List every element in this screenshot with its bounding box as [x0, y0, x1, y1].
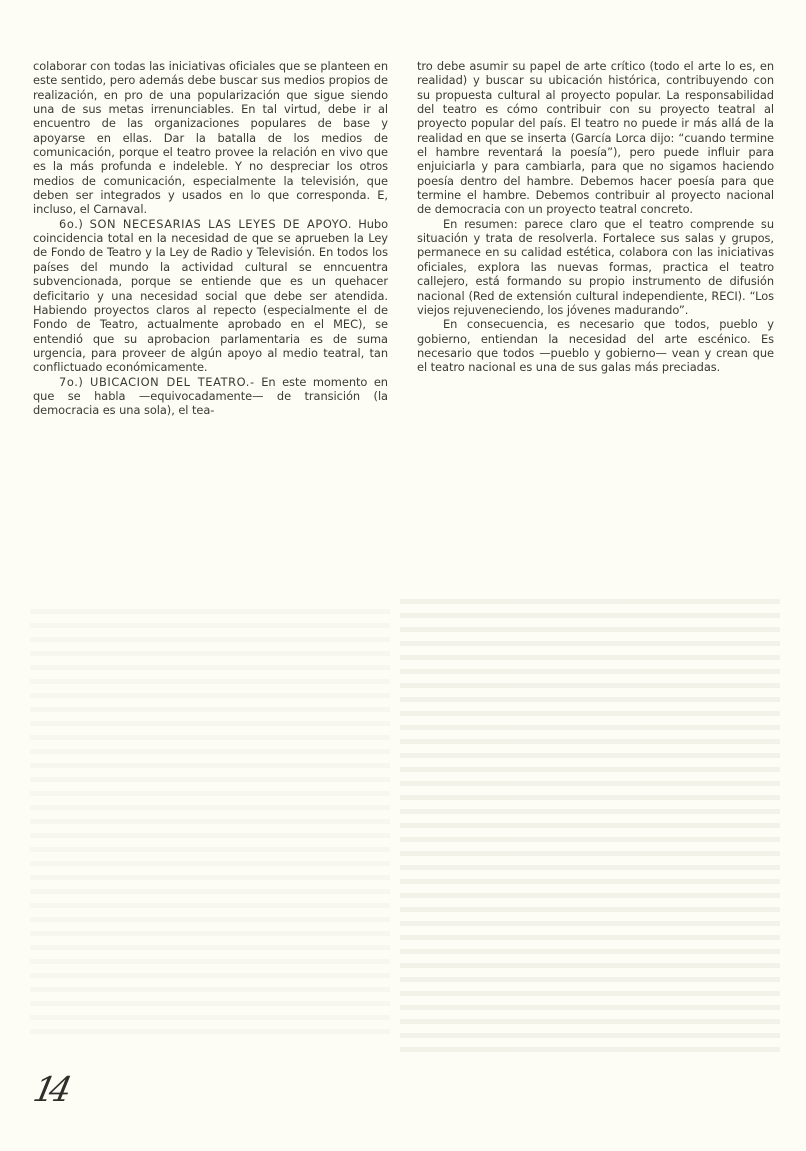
section-7: 7o.) UBICACION DEL TEATRO.- En este mome… — [33, 375, 388, 418]
paragraph: colaborar con todas las iniciativas ofic… — [33, 59, 388, 217]
section-6: 6o.) SON NECESARIAS LAS LEYES DE APOYO. … — [33, 217, 388, 375]
show-through-text-right — [400, 590, 780, 1060]
show-through-text-left — [30, 600, 390, 1040]
section-number: 6o.) — [59, 217, 83, 231]
page-number: 14 — [30, 1070, 70, 1110]
paragraph: tro debe asumir su papel de arte crítico… — [417, 59, 774, 217]
section-heading: SON NECESARIAS LAS LEYES DE APOYO. — [90, 217, 352, 231]
section-heading: UBICACION DEL TEATRO.- — [90, 375, 255, 389]
paragraph: En resumen: parece claro que el teatro c… — [417, 217, 774, 317]
right-column: tro debe asumir su papel de arte crítico… — [417, 59, 774, 375]
section-number: 7o.) — [59, 375, 83, 389]
section-body: Hubo coincidencia total en la necesidad … — [33, 217, 388, 374]
left-column: colaborar con todas las iniciativas ofic… — [33, 59, 388, 418]
paragraph: En consecuencia, es necesario que todos,… — [417, 317, 774, 374]
